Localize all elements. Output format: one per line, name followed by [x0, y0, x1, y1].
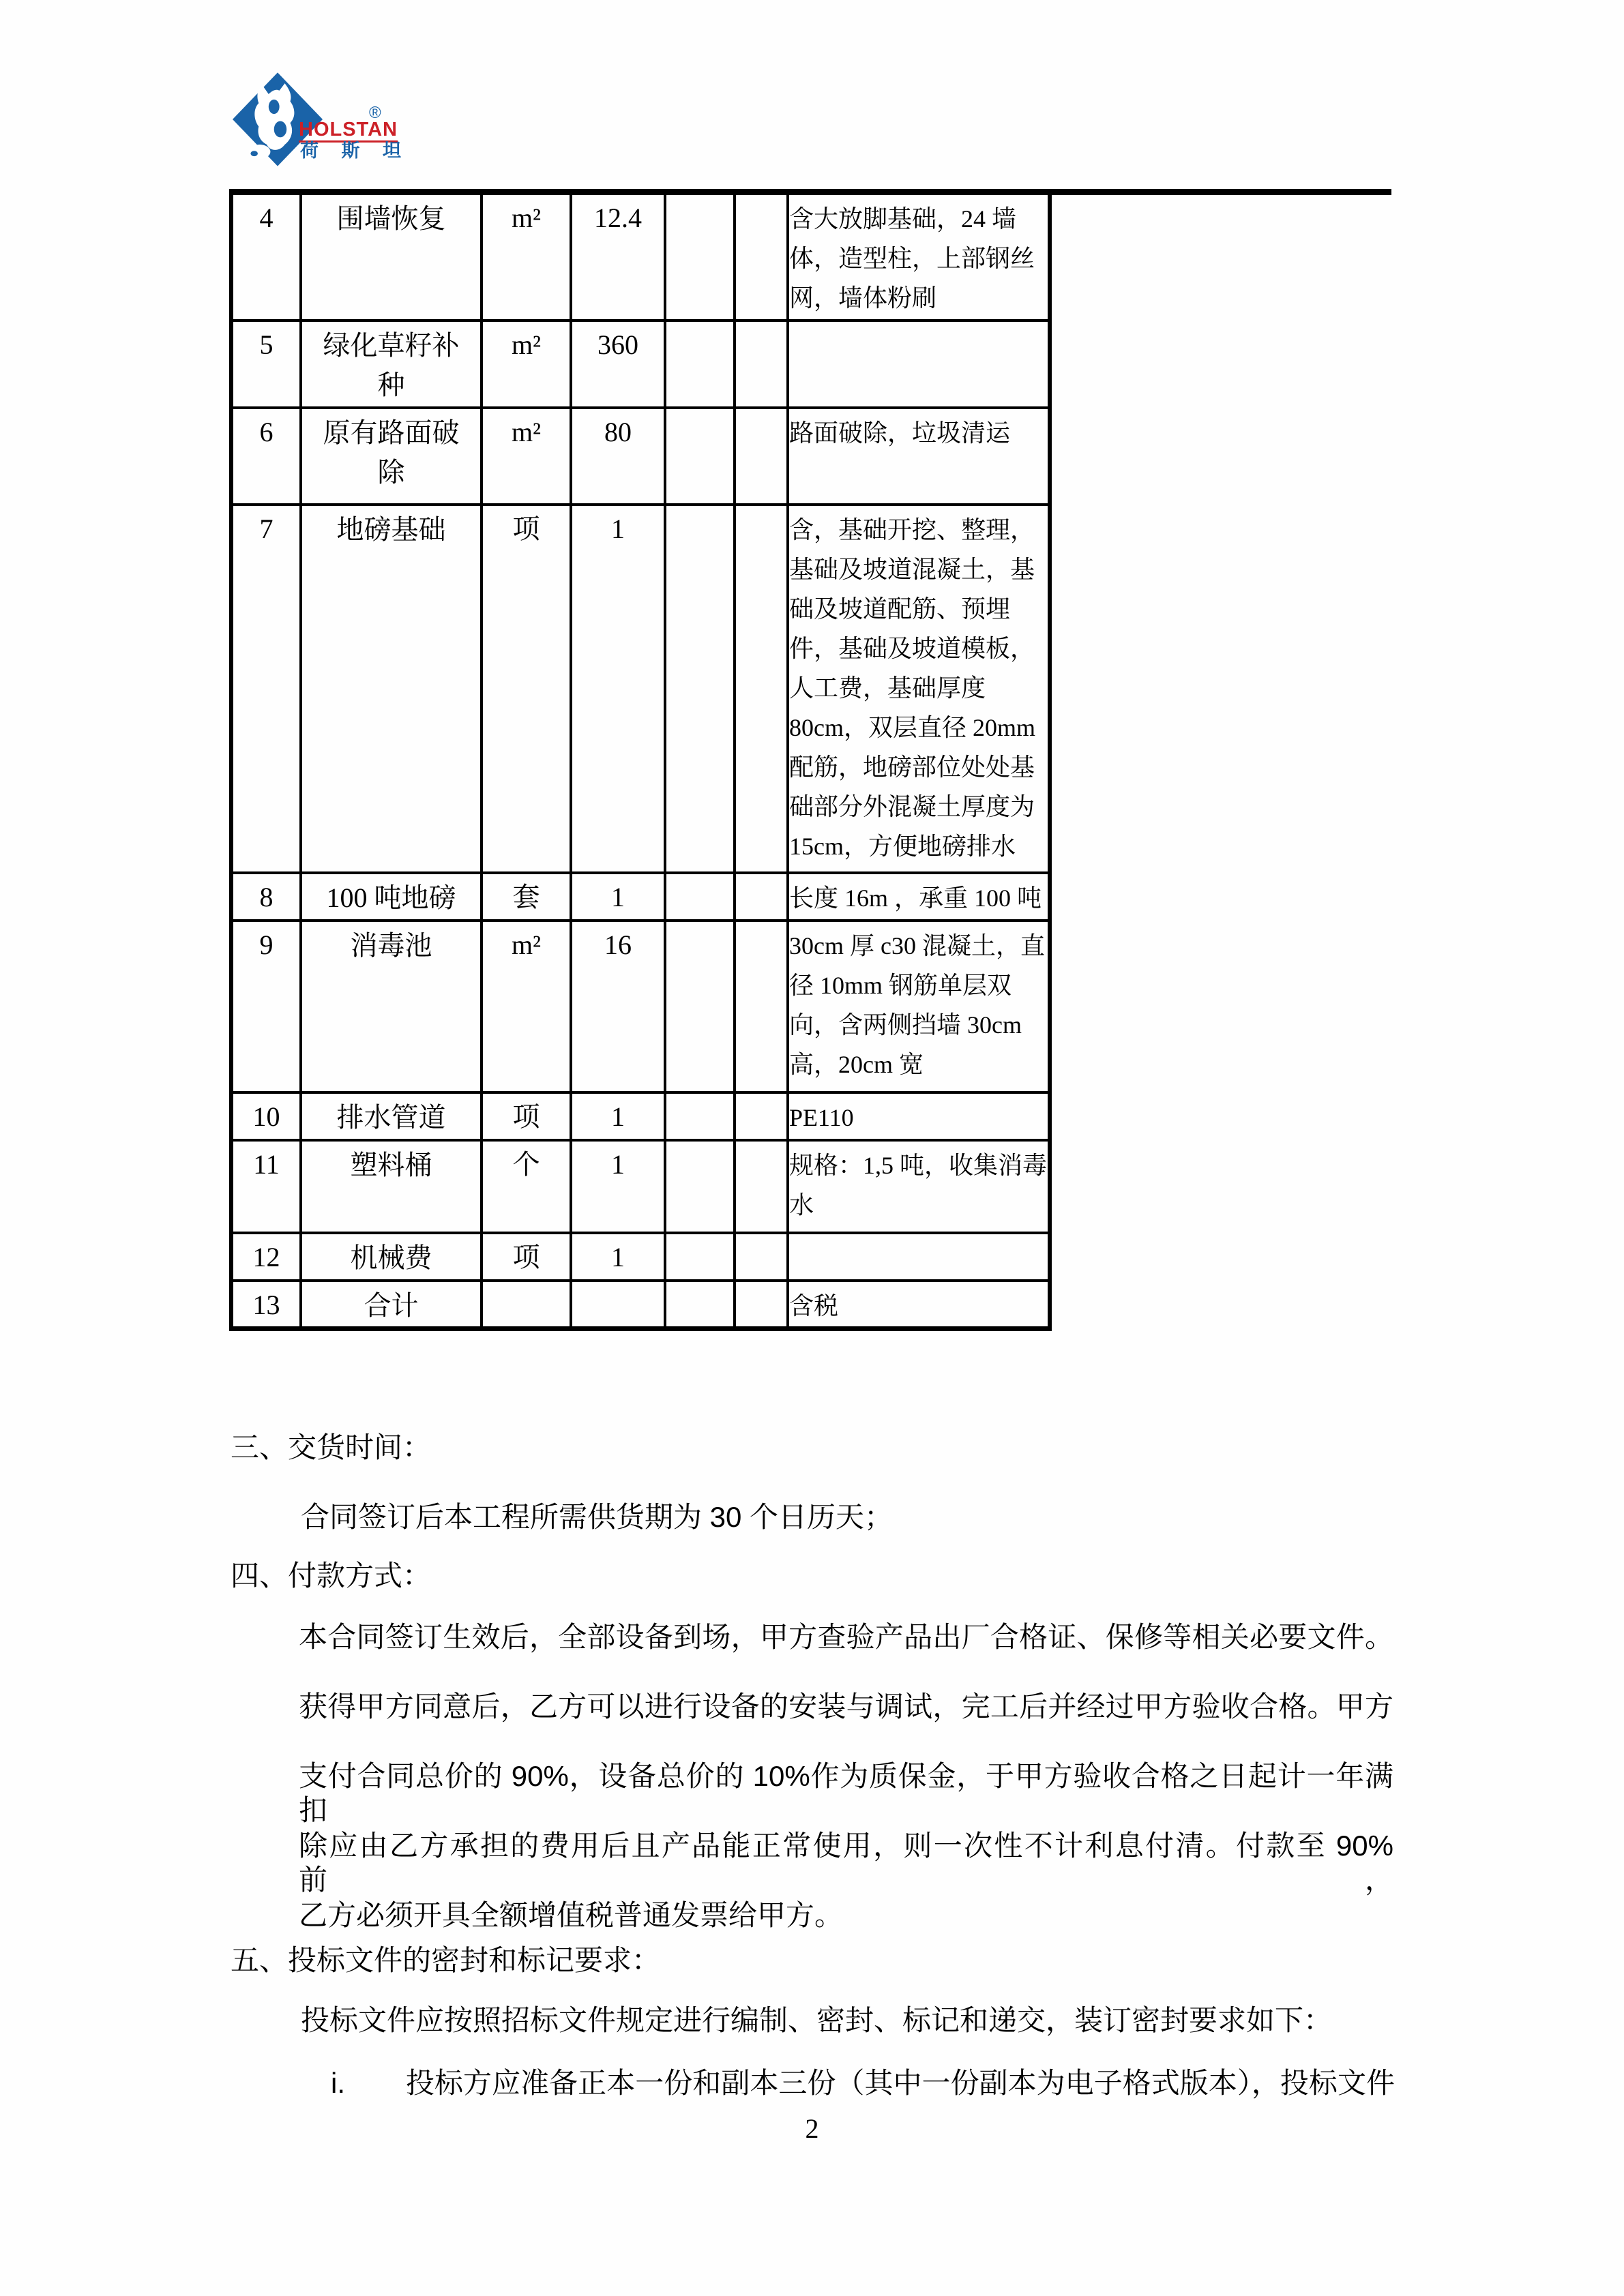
- cell-remark: [788, 320, 1050, 408]
- list-item-marker: i.: [331, 2066, 345, 2100]
- cell-no: 6: [231, 408, 301, 505]
- cell-no: 4: [231, 195, 301, 320]
- table-row: 11 塑料桶 个 1 规格：1,5 吨，收集消毒水: [231, 1140, 1050, 1233]
- cell-unit-price: [665, 873, 735, 921]
- cell-remark: 规格：1,5 吨，收集消毒水: [788, 1140, 1050, 1233]
- cell-qty: 1: [571, 505, 665, 873]
- cell-remark: PE110: [788, 1092, 1050, 1140]
- cell-unit: m²: [482, 195, 571, 320]
- delivery-text: 合同签订后本工程所需供货期为 30 个日历天；: [301, 1500, 893, 1534]
- cell-amount: [735, 1233, 788, 1281]
- cell-qty: 1: [571, 1233, 665, 1281]
- cell-unit: m²: [482, 921, 571, 1092]
- list-item-text: 投标方应准备正本一份和副本三份（其中一份副本为电子格式版本），投标文件: [406, 2066, 1395, 2100]
- sealing-text: 投标文件应按照招标文件规定进行编制、密封、标记和递交，装订密封要求如下：: [301, 2003, 1332, 2038]
- cell-amount: [735, 921, 788, 1092]
- cell-name-text: 100 吨地磅: [319, 878, 464, 918]
- cell-remark: 含，基础开挖、整理，基础及坡道混凝土，基础及坡道配筋、预埋件，基础及坡道模板，人…: [788, 505, 1050, 873]
- cell-unit-price: [665, 1233, 735, 1281]
- header-rule: [229, 189, 1391, 195]
- cell-name: 消毒池: [301, 921, 482, 1092]
- payment-paragraph-line: 除应由乙方承担的费用后且产品能正常使用，则一次性不计利息付清。付款至 90%前，: [299, 1829, 1393, 1898]
- cell-remark: 30cm 厚 c30 混凝土，直径 10mm 钢筋单层双向，含两侧挡墙 30cm…: [788, 921, 1050, 1092]
- cell-remark: [788, 1233, 1050, 1281]
- document-page: HOLSTAN ® 荷 斯 坦 4 围墙恢复 m² 12.4 含大放脚基础，24…: [0, 0, 1624, 2296]
- payment-paragraph-line: 乙方必须开具全额增值税普通发票给甲方。: [299, 1898, 843, 1933]
- cell-unit: m²: [482, 320, 571, 408]
- cell-name-text: 绿化草籽补种: [319, 326, 464, 405]
- cell-qty: 1: [571, 873, 665, 921]
- cell-unit: 项: [482, 505, 571, 873]
- cell-unit: 个: [482, 1140, 571, 1233]
- cell-qty: 360: [571, 320, 665, 408]
- table-row: 4 围墙恢复 m² 12.4 含大放脚基础，24 墙体，造型柱，上部钢丝网，墙体…: [231, 195, 1050, 320]
- cell-name-text: 围墙恢复: [319, 199, 464, 239]
- cell-qty: [571, 1281, 665, 1328]
- brand-name: HOLSTAN: [299, 120, 398, 143]
- cell-unit: m²: [482, 408, 571, 505]
- cell-name: 100 吨地磅: [301, 873, 482, 921]
- items-table: 4 围墙恢复 m² 12.4 含大放脚基础，24 墙体，造型柱，上部钢丝网，墙体…: [229, 195, 1052, 1331]
- table-row: 5 绿化草籽补种 m² 360: [231, 320, 1050, 408]
- cell-no: 12: [231, 1233, 301, 1281]
- page-number: 2: [0, 2113, 1624, 2145]
- payment-paragraph-line: 支付合同总价的 90%，设备总价的 10%作为质保金，于甲方验收合格之日起计一年…: [299, 1759, 1393, 1828]
- payment-paragraph-line: 本合同签订生效后，全部设备到场，甲方查验产品出厂合格证、保修等相关必要文件。: [299, 1620, 1393, 1654]
- table-row: 13 合计 含税: [231, 1281, 1050, 1328]
- table-row: 10 排水管道 项 1 PE110: [231, 1092, 1050, 1140]
- table-row: 12 机械费 项 1: [231, 1233, 1050, 1281]
- cell-name: 原有路面破除: [301, 408, 482, 505]
- cell-name-text: 塑料桶: [319, 1146, 464, 1185]
- cell-name-text: 消毒池: [319, 926, 464, 966]
- registered-mark-icon: ®: [369, 105, 381, 121]
- cell-unit-price: [665, 1281, 735, 1328]
- table-row: 7 地磅基础 项 1 含，基础开挖、整理，基础及坡道混凝土，基础及坡道配筋、预埋…: [231, 505, 1050, 873]
- table-row: 8 100 吨地磅 套 1 长度 16m ，承重 100 吨: [231, 873, 1050, 921]
- cell-name-text: 原有路面破除: [319, 413, 464, 492]
- cell-remark: 路面破除，垃圾清运: [788, 408, 1050, 505]
- cell-qty: 80: [571, 408, 665, 505]
- section-heading-delivery: 三、交货时间：: [231, 1431, 431, 1465]
- cell-amount: [735, 1140, 788, 1233]
- cell-remark: 含大放脚基础，24 墙体，造型柱，上部钢丝网，墙体粉刷: [788, 195, 1050, 320]
- cell-amount: [735, 873, 788, 921]
- cell-unit-price: [665, 195, 735, 320]
- cell-qty: 16: [571, 921, 665, 1092]
- cell-no: 13: [231, 1281, 301, 1328]
- cell-unit-price: [665, 505, 735, 873]
- cell-unit-price: [665, 1140, 735, 1233]
- table-row: 9 消毒池 m² 16 30cm 厚 c30 混凝土，直径 10mm 钢筋单层双…: [231, 921, 1050, 1092]
- table-row: 6 原有路面破除 m² 80 路面破除，垃圾清运: [231, 408, 1050, 505]
- cell-qty: 1: [571, 1092, 665, 1140]
- cell-no: 5: [231, 320, 301, 408]
- cell-name: 合计: [301, 1281, 482, 1328]
- cell-amount: [735, 320, 788, 408]
- cell-remark: 含税: [788, 1281, 1050, 1328]
- section-heading-sealing: 五、投标文件的密封和标记要求：: [231, 1943, 660, 1978]
- cell-unit-price: [665, 1092, 735, 1140]
- cell-unit: 项: [482, 1233, 571, 1281]
- cell-unit-price: [665, 921, 735, 1092]
- cell-name: 地磅基础: [301, 505, 482, 873]
- cell-name: 排水管道: [301, 1092, 482, 1140]
- cell-name-text: 排水管道: [319, 1098, 464, 1137]
- cell-no: 8: [231, 873, 301, 921]
- section-heading-payment: 四、付款方式：: [231, 1559, 431, 1593]
- cell-unit: 项: [482, 1092, 571, 1140]
- cell-amount: [735, 408, 788, 505]
- cell-no: 10: [231, 1092, 301, 1140]
- cell-name: 机械费: [301, 1233, 482, 1281]
- brand-name-cn: 荷 斯 坦: [300, 142, 410, 160]
- cell-unit: [482, 1281, 571, 1328]
- cell-amount: [735, 1092, 788, 1140]
- cell-no: 11: [231, 1140, 301, 1233]
- cell-name-text: 机械费: [319, 1238, 464, 1278]
- cell-qty: 1: [571, 1140, 665, 1233]
- cell-no: 7: [231, 505, 301, 873]
- cell-unit-price: [665, 408, 735, 505]
- cell-amount: [735, 505, 788, 873]
- cell-name-text: 地磅基础: [319, 510, 464, 550]
- cell-name: 塑料桶: [301, 1140, 482, 1233]
- cell-unit: 套: [482, 873, 571, 921]
- cell-name: 绿化草籽补种: [301, 320, 482, 408]
- cell-amount: [735, 1281, 788, 1328]
- cell-name-text: 合计: [319, 1286, 464, 1326]
- cell-qty: 12.4: [571, 195, 665, 320]
- cell-name: 围墙恢复: [301, 195, 482, 320]
- company-logo: HOLSTAN ® 荷 斯 坦: [233, 71, 437, 173]
- cell-amount: [735, 195, 788, 320]
- payment-paragraph-line: 获得甲方同意后，乙方可以进行设备的安装与调试，完工后并经过甲方验收合格。甲方: [299, 1690, 1393, 1724]
- cell-unit-price: [665, 320, 735, 408]
- cell-no: 9: [231, 921, 301, 1092]
- cell-remark: 长度 16m ，承重 100 吨: [788, 873, 1050, 921]
